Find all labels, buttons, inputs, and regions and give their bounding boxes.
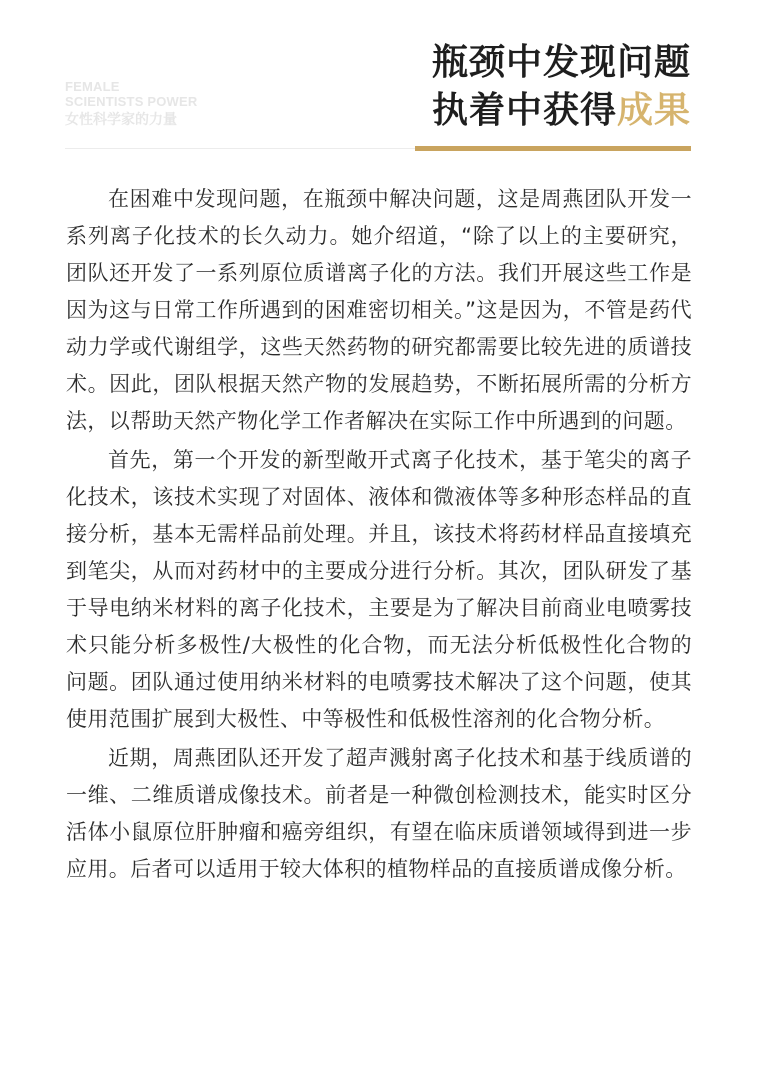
section-title: 瓶颈中发现问题 执着中获得成果 [432, 38, 691, 134]
paragraph-3: 近期，周燕团队还开发了超声溅射离子化技术和基于线质谱的一维、二维质谱成像技术。前… [66, 740, 692, 888]
kicker-en-line2: SCIENTISTS POWER [65, 95, 198, 110]
title-line1: 瓶颈中发现问题 [432, 38, 691, 86]
page-header: FEMALE SCIENTISTS POWER 女性科学家的力量 瓶颈中发现问题… [0, 0, 757, 160]
section-kicker: FEMALE SCIENTISTS POWER 女性科学家的力量 [65, 80, 198, 127]
paragraph-2: 首先，第一个开发的新型敞开式离子化技术，基于笔尖的离子化技术，该技术实现了对固体… [66, 442, 692, 738]
title-line2-accent: 成果 [617, 89, 691, 131]
title-line2-prefix: 执着中获得 [432, 89, 617, 131]
article-body: 在困难中发现问题，在瓶颈中解决问题，这是周燕团队开发一系列离子化技术的长久动力。… [66, 181, 692, 890]
title-line2: 执着中获得成果 [432, 86, 691, 134]
kicker-cn: 女性科学家的力量 [65, 111, 198, 127]
kicker-en-line1: FEMALE [65, 80, 198, 95]
gold-divider [415, 146, 691, 151]
paragraph-1: 在困难中发现问题，在瓶颈中解决问题，这是周燕团队开发一系列离子化技术的长久动力。… [66, 181, 692, 440]
thin-divider [65, 148, 415, 149]
